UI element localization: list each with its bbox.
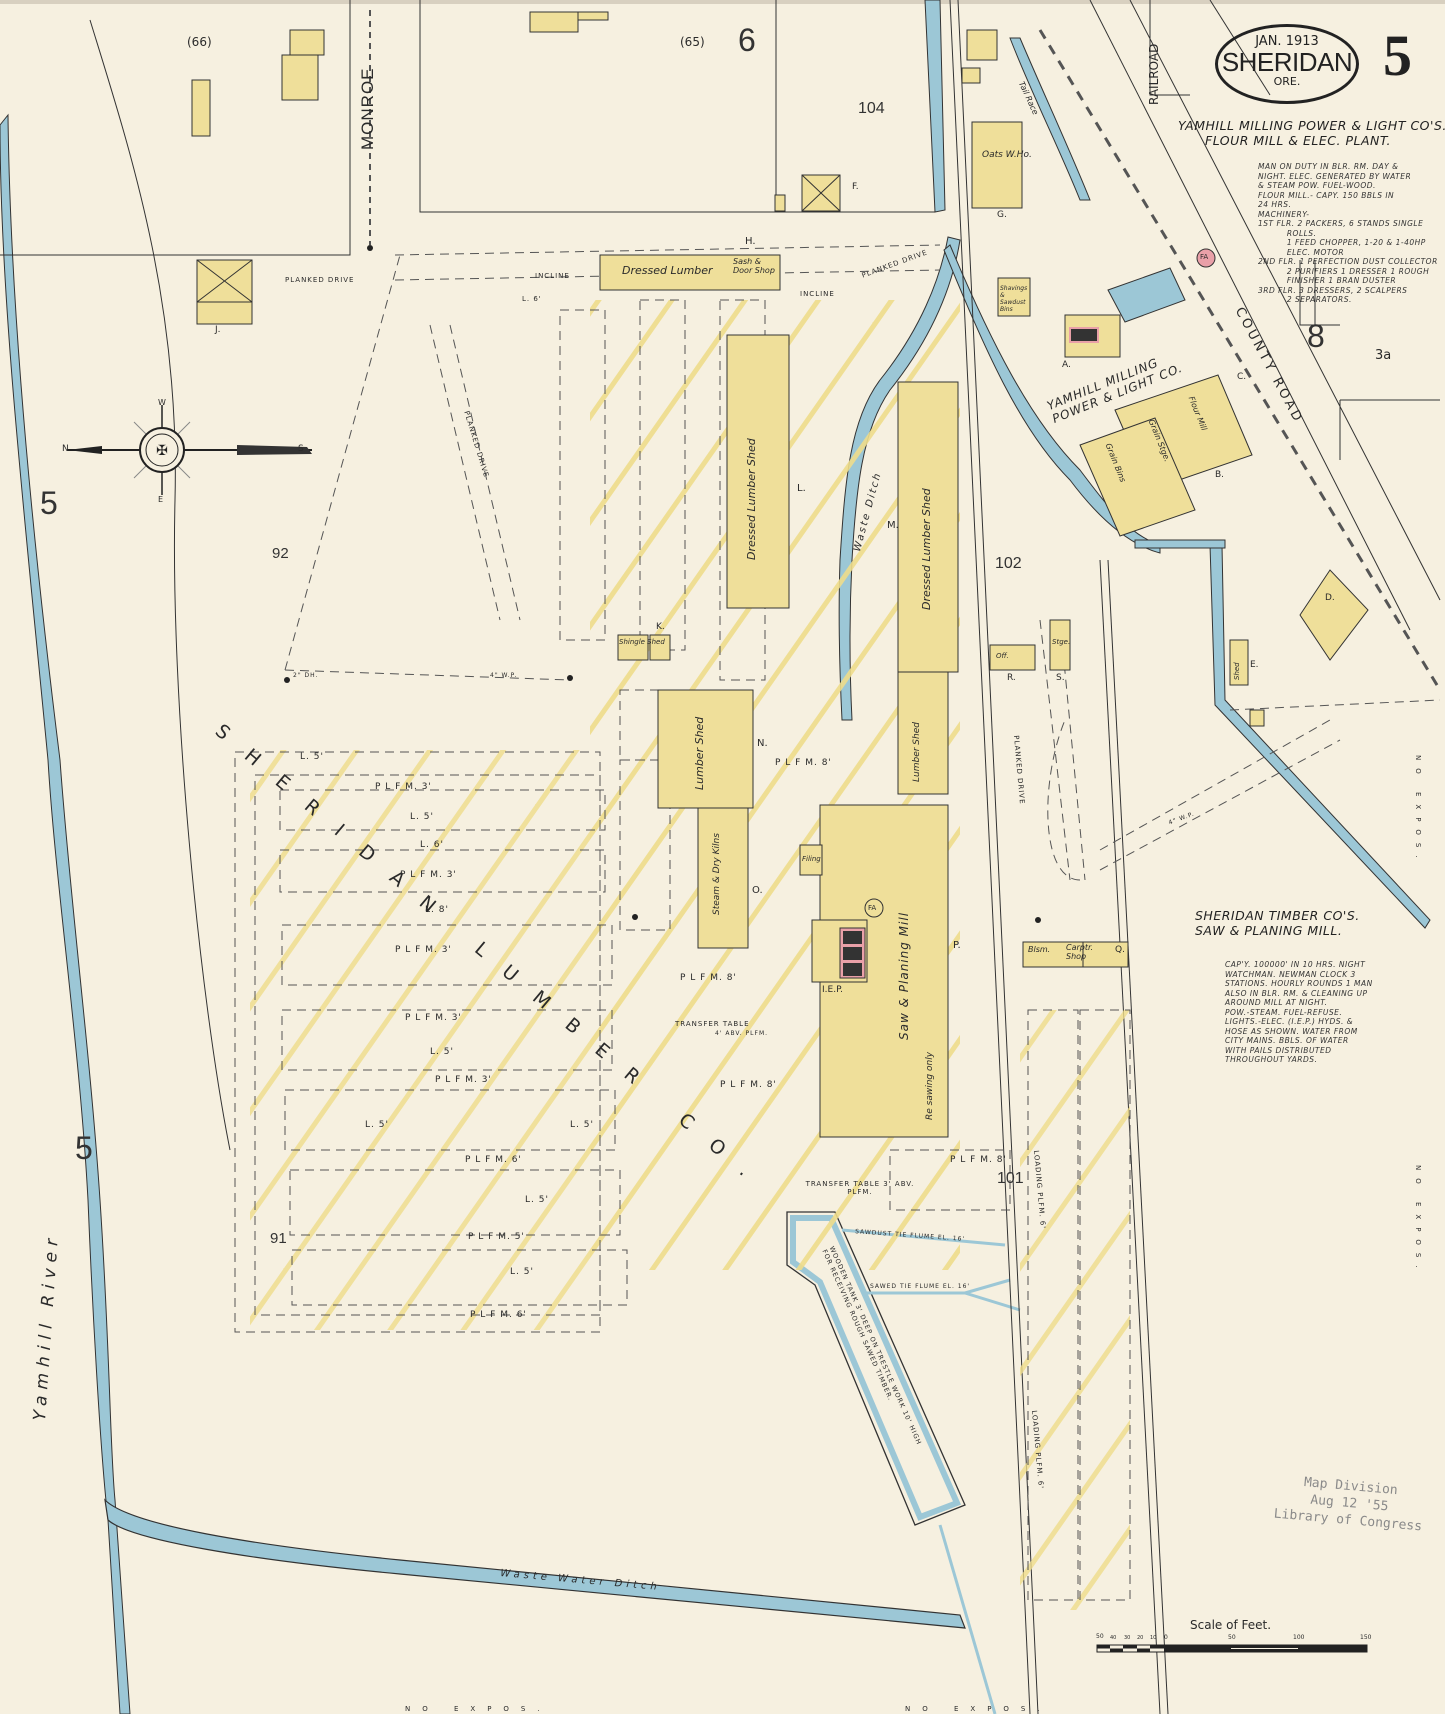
letter-j: J. xyxy=(215,325,221,335)
building-iep: I.E.P. xyxy=(822,985,843,995)
sheet-number: 5 xyxy=(1383,22,1412,89)
no-expos-bottom-1: NO EXPOS. xyxy=(405,1705,552,1713)
block-8: 8 xyxy=(1307,318,1325,355)
compass-west: W xyxy=(158,398,166,407)
building-carpenter-shop: Carptr. Shop xyxy=(1066,943,1111,961)
building-sash-door-shop: Sash & Door Shop xyxy=(733,257,778,275)
building-dressed-lumber-shed-l: Dressed Lumber Shed xyxy=(745,438,758,560)
scale-tick-50l: 50 xyxy=(1096,1633,1104,1640)
plfm-6-label: P L F M. 6' xyxy=(465,1155,522,1165)
scale-tick-100: 100 xyxy=(1293,1634,1304,1641)
no-expos-bottom-2: NO EXPOS. xyxy=(905,1705,1052,1713)
plfm-3-label-1: P L F M. 3' xyxy=(375,782,432,792)
plfm-8-label-2: P L F M. 8' xyxy=(775,758,832,768)
building-shingle-shed: Shingle Shed xyxy=(619,638,665,646)
block-66: (66) xyxy=(187,35,212,49)
l8-label: L. 8' xyxy=(425,905,449,915)
scale-title: Scale of Feet. xyxy=(1190,1618,1271,1632)
transfer-table-label-2: TRANSFER TABLE 3' ABV. PLFM. xyxy=(800,1180,920,1196)
plfm-5-label: P L F M. 5' xyxy=(468,1232,525,1242)
letter-o: O. xyxy=(752,885,763,896)
building-dressed-lumber-shed-m: Dressed Lumber Shed xyxy=(920,488,933,610)
block-65: (65) xyxy=(680,35,705,49)
building-filing: Filing xyxy=(802,855,821,863)
letter-d: D. xyxy=(1325,593,1335,603)
building-shavings-bins: Shavings & Sawdust Bins xyxy=(1000,285,1030,313)
sheridan-timber-notes: CAP'Y. 100000' IN 10 HRS. NIGHT WATCHMAN… xyxy=(1225,960,1373,1065)
letter-p: P. xyxy=(953,940,961,951)
block-5-upper: 5 xyxy=(40,485,58,522)
letter-e: E. xyxy=(1250,660,1259,670)
block-6: 6 xyxy=(738,22,756,59)
plfm-3-label-4: P L F M. 3' xyxy=(405,1013,462,1023)
block-104: 104 xyxy=(858,100,885,118)
planked-drive-label-1: PLANKED DRIVE xyxy=(285,276,354,284)
letter-h: H. xyxy=(745,236,756,247)
l5-label-5: L. 5' xyxy=(570,1120,594,1130)
building-oats-warehouse: Oats W.Ho. xyxy=(982,150,1032,160)
sheridan-timber-heading: SHERIDAN TIMBER CO'S. SAW & PLANING MILL… xyxy=(1195,908,1370,938)
scale-tick-50: 50 xyxy=(1228,1634,1236,1641)
scale-tick-20: 20 xyxy=(1137,1635,1143,1641)
map-drawing: ✠ xyxy=(0,0,1445,1714)
plfm-6-label-2: P L F M. 6' xyxy=(470,1310,527,1320)
letter-c: C. xyxy=(1237,372,1246,382)
block-3a: 3a xyxy=(1375,348,1391,363)
block-102: 102 xyxy=(995,555,1022,573)
l5-label-1: L. 5' xyxy=(300,752,324,762)
plfm-8-label-3: P L F M. 8' xyxy=(720,1080,777,1090)
building-steam-dry-kilns: Steam & Dry Kilns xyxy=(712,833,722,915)
l5-label-4: L. 5' xyxy=(365,1120,389,1130)
building-storage-s: Stge. xyxy=(1052,638,1070,646)
block-5-lower: 5 xyxy=(75,1130,93,1167)
fire-alarm-label-1: FA xyxy=(1200,253,1208,261)
yamhill-notes: MAN ON DUTY IN BLR. RM. DAY & NIGHT. ELE… xyxy=(1258,162,1438,305)
flume-label-2: SAWED TIE FLUME EL. 16' xyxy=(870,1283,970,1290)
letter-n: N. xyxy=(757,738,768,749)
block-91: 91 xyxy=(270,1230,287,1247)
letter-m: M. xyxy=(887,520,899,531)
building-shed-e: Shed xyxy=(1233,662,1241,680)
plfm-3-label-5: P L F M. 3' xyxy=(435,1075,492,1085)
building-office-r: Off. xyxy=(996,652,1009,660)
transfer-table-height: 4' ABV. PLFM. xyxy=(715,1030,768,1037)
fire-alarm-label-2: FA xyxy=(868,904,876,912)
scale-tick-10: 10 xyxy=(1150,1635,1156,1641)
scale-tick-40: 40 xyxy=(1110,1635,1116,1641)
l5-label-3: L. 5' xyxy=(430,1047,454,1057)
hydrant-label: 2" DH. xyxy=(293,672,318,679)
no-expos-right-2: NO EXPOS. xyxy=(1414,1165,1422,1276)
letter-l: L. xyxy=(797,483,806,494)
sanborn-map: ✠ JAN. 1913 SHERIDAN ORE. 5 YAMHILL MILL… xyxy=(0,0,1445,1714)
compass-rose-icon: ✠ xyxy=(67,405,312,495)
block-101: 101 xyxy=(997,1170,1024,1188)
plfm-3-label-3: P L F M. 3' xyxy=(395,945,452,955)
building-lumber-shed-n: Lumber Shed xyxy=(693,717,706,790)
letter-s: S. xyxy=(1056,673,1065,683)
scale-tick-150: 150 xyxy=(1360,1634,1371,1641)
yamhill-heading: YAMHILL MILLING POWER & LIGHT CO'S. FLOU… xyxy=(1178,118,1418,148)
incline-label: INCLINE xyxy=(800,290,835,298)
plfm-8-label-4: P L F M. 8' xyxy=(950,1155,1007,1165)
letter-f: F. xyxy=(852,182,859,192)
street-monroe: MONROE xyxy=(358,68,378,151)
scale-tick-0: 0 xyxy=(1164,1634,1168,1641)
title-cartouche: JAN. 1913 SHERIDAN ORE. xyxy=(1215,24,1359,104)
city-name: SHERIDAN xyxy=(1218,49,1356,75)
compass-south: S xyxy=(298,444,304,454)
water-pipe-label: 4" W.P. xyxy=(490,672,517,679)
l5-label-6: L. 5' xyxy=(525,1195,549,1205)
street-railroad: RAILROAD xyxy=(1147,44,1161,105)
l5-label-2: L. 5' xyxy=(410,812,434,822)
building-blacksmith: Blsm. xyxy=(1028,945,1050,954)
building-resawing-note: Re sawing only xyxy=(925,1052,935,1120)
compass-east: E xyxy=(158,495,163,504)
letter-r: R. xyxy=(1007,673,1016,683)
l5-label-7: L. 5' xyxy=(510,1267,534,1277)
transfer-table-label: TRANSFER TABLE xyxy=(675,1020,750,1028)
letter-b: B. xyxy=(1215,470,1224,480)
compass-north: N xyxy=(62,444,69,454)
letter-k: K. xyxy=(656,622,665,632)
plfm-8-label-1: P L F M. 8' xyxy=(680,973,737,983)
letter-g: G. xyxy=(997,210,1007,220)
building-saw-planing-mill: Saw & Planing Mill xyxy=(897,912,911,1040)
plfm-3-label-2: P L F M. 3' xyxy=(400,870,457,880)
block-92: 92 xyxy=(272,545,289,562)
svg-text:✠: ✠ xyxy=(156,443,168,459)
letter-q: Q. xyxy=(1115,945,1125,955)
building-lumber-shed-2: Lumber Shed xyxy=(912,722,922,782)
building-dressed-lumber: Dressed Lumber xyxy=(622,264,713,277)
incline-label-2: INCLINE xyxy=(535,272,570,280)
no-expos-right-1: NO EXPOS. xyxy=(1414,755,1422,866)
l6-label: L. 6' xyxy=(420,840,444,850)
letter-a: A. xyxy=(1062,360,1071,370)
scale-tick-30: 30 xyxy=(1124,1635,1130,1641)
l6-label-top: L. 6' xyxy=(522,295,542,303)
